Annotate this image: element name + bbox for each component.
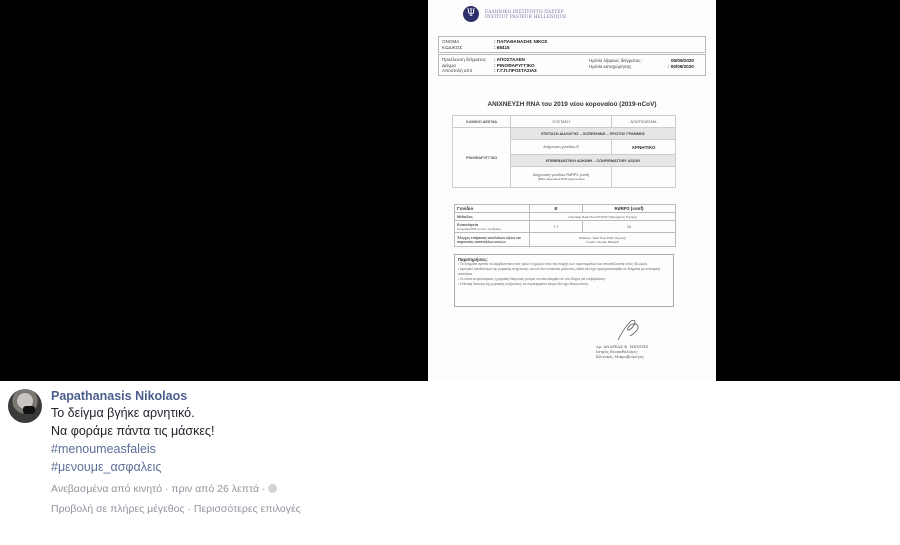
lab-report-document: Ψ ΕΛΛΗΝΙΚΟ ΙΝΣΤΙΤΟΥΤΟ ΠΑΣΤΕΡ INSTITUT PA… — [428, 0, 716, 381]
separator: · — [259, 483, 268, 495]
header-result: ΑΠΟΤΕΛΕΣΜΑ — [612, 116, 676, 128]
screening-test: Ανίχνευση γονιδίου E — [511, 140, 612, 155]
hashtag-link[interactable]: #menoumeasfaleis — [51, 442, 156, 456]
separator: · — [185, 503, 194, 515]
specimen-cell: ΡΙΝΟΦΑΡΥΓΓΙΚΟ — [453, 128, 511, 188]
patient-box: ΟΝΟΜΑ : ΠΑΠΑΘΑΝΑΣΗΣ ΝΙΚΟΣ ΚΩΔΙΚΟΣ : 6841… — [438, 36, 706, 53]
gene-e: E — [530, 205, 583, 213]
control-value-2: Γονίδιο: Human RNaseP — [532, 240, 673, 244]
reported-label: Ημ/νία καταχώρησης — [589, 64, 631, 69]
method-label: Μέθοδος — [455, 213, 530, 221]
signature-scribble — [596, 318, 676, 342]
view-full-size-link[interactable]: Προβολή σε πλήρες μέγεθος — [51, 503, 185, 515]
test-title: ΑΝΙΧΝΕΥΣΗ RNA του 2019 νέου κοροναϊού (2… — [428, 101, 716, 108]
pasteur-logo-icon: Ψ — [463, 6, 479, 22]
photo-caption-panel: Papathanasis Nikolaos Το δείγμα βγήκε αρ… — [0, 381, 900, 545]
name-value: : ΠΑΠΑΘΑΝΑΣΗΣ ΝΙΚΟΣ — [494, 39, 548, 44]
origin-label: Προέλευση δείγματος — [442, 57, 486, 62]
results-table: ΚΛΙΝΙΚΟ ΔΕΙΓΜΑ ΕΞΕΤΑΣΗ ΑΠΟΤΕΛΕΣΜΑ ΡΙΝΟΦΑ… — [452, 115, 676, 188]
author-name-link[interactable]: Papathanasis Nikolaos — [51, 389, 187, 403]
gene-rdrp: RdRP2 (conf) — [583, 205, 676, 213]
sender-value: : Γ.Γ.Π.ΠΡΟΣΤΑΣΙΑΣ — [494, 68, 537, 73]
control-value-cell: Μέθοδος: Real Time PCR (Τεχνική) Γονίδιο… — [530, 233, 676, 247]
institute-name: ΕΛΛΗΝΙΚΟ ΙΝΣΤΙΤΟΥΤΟ ΠΑΣΤΕΡ INSTITUT PAST… — [485, 9, 566, 19]
notes-box: Παρατηρήσεις: • Τα δείγματα πρέπει να λα… — [454, 254, 674, 307]
sensitivity-sub: αντίγραφα RNA του ιού / αντίδραση — [457, 227, 527, 231]
globe-icon[interactable] — [268, 484, 277, 493]
screening-header: ΕΞΕΤΑΣΗ ΔΙΑΛΟΓΗΣ – SCREENING – ΠΡΩΤΗΣ ΓΡ… — [511, 128, 676, 140]
confirm-header: ΕΠΙΒΕΒΑΙΩΤΙΚΗ ΔΟΚΙΜΗ – CONFIRMATORY ASSA… — [511, 155, 676, 167]
signature-block: Δρ. ΑΝΔΡΕΑΣ Φ. ΜΕΝΤΗΣ Ιατρός Βιοπαθολόγο… — [596, 344, 648, 359]
sensitivity-e: 7.7 — [530, 221, 583, 233]
header-specimen: ΚΛΙΝΙΚΟ ΔΕΙΓΜΑ — [453, 116, 511, 128]
sender-label: Αποστολή από — [442, 68, 472, 73]
timestamp-link[interactable]: πριν από 26 λεπτά — [171, 483, 259, 495]
face-mask-shape — [23, 406, 35, 414]
hashtag-link[interactable]: #μενουμε_ασφαλεις — [51, 460, 161, 474]
received-value: 05/09/2020 — [671, 58, 694, 63]
avatar[interactable] — [8, 389, 42, 423]
more-options-link[interactable]: Περισσότερες επιλογές — [194, 503, 301, 515]
separator: · — [162, 483, 171, 495]
screening-result: ΑΡΝΗΤΙΚΟ — [612, 140, 676, 155]
received-label: Ημ/νία λήψεως δείγματος: — [589, 58, 642, 63]
upload-source-link[interactable]: Ανεβασμένα από κινητό — [51, 483, 162, 495]
caption-line-1: Το δείγμα βγήκε αρνητικό. — [51, 406, 195, 420]
reported-value: : 05/09/2020 — [668, 64, 694, 69]
note-item: • Αρνητικό αποτέλεσμα της μοριακής ανίχν… — [458, 267, 670, 277]
method-value: One-Step Real Time RT-PCR (Ταυτόχρονη Τε… — [530, 213, 676, 221]
code-label: ΚΩΔΙΚΟΣ — [442, 45, 462, 50]
control-label: Έλεγχος επάρκειας νουκλεϊκών οξέων και π… — [455, 233, 530, 247]
note-item: • Η θετική δεύτερη της μοριακής ανίχνευσ… — [458, 282, 670, 287]
sensitivity-cell: Ευαισθησία αντίγραφα RNA του ιού / αντίδ… — [455, 221, 530, 233]
origin-value: : ΑΠΟΣΤΑΛΕΝ — [494, 57, 525, 62]
caption-line-2: Να φοράμε πάντα τις μάσκες! — [51, 424, 214, 438]
gene-label: Γονίδιο — [455, 205, 530, 213]
name-label: ΟΝΟΜΑ — [442, 39, 459, 44]
photo-actions: Προβολή σε πλήρες μέγεθος · Περισσότερες… — [51, 503, 301, 515]
confirm-result — [612, 167, 676, 188]
method-table: Γονίδιο E RdRP2 (conf) Μέθοδος One-Step … — [454, 204, 676, 247]
photo-viewer: Ψ ΕΛΛΗΝΙΚΟ ΙΝΣΤΙΤΟΥΤΟ ΠΑΣΤΕΡ INSTITUT PA… — [0, 0, 900, 381]
signature-role-2: Κλινικός Μικροβιολόγος — [596, 354, 648, 359]
post-meta: Ανεβασμένα από κινητό · πριν από 26 λεπτ… — [51, 483, 277, 495]
confirm-note: (RNA-dependent RNA polymerase) — [511, 177, 611, 181]
sample-box: Προέλευση δείγματος : ΑΠΟΣΤΑΛΕΝ Δείγμα :… — [438, 54, 706, 76]
code-value: : 68415 — [494, 45, 510, 50]
header-test: ΕΞΕΤΑΣΗ — [511, 116, 612, 128]
institute-logo: Ψ ΕΛΛΗΝΙΚΟ ΙΝΣΤΙΤΟΥΤΟ ΠΑΣΤΕΡ INSTITUT PA… — [463, 6, 566, 22]
confirm-test-cell: Ανίχνευση γονιδίου RdRP2 (conf) (RNA-dep… — [511, 167, 612, 188]
sensitivity-rdrp: 10 — [583, 221, 676, 233]
